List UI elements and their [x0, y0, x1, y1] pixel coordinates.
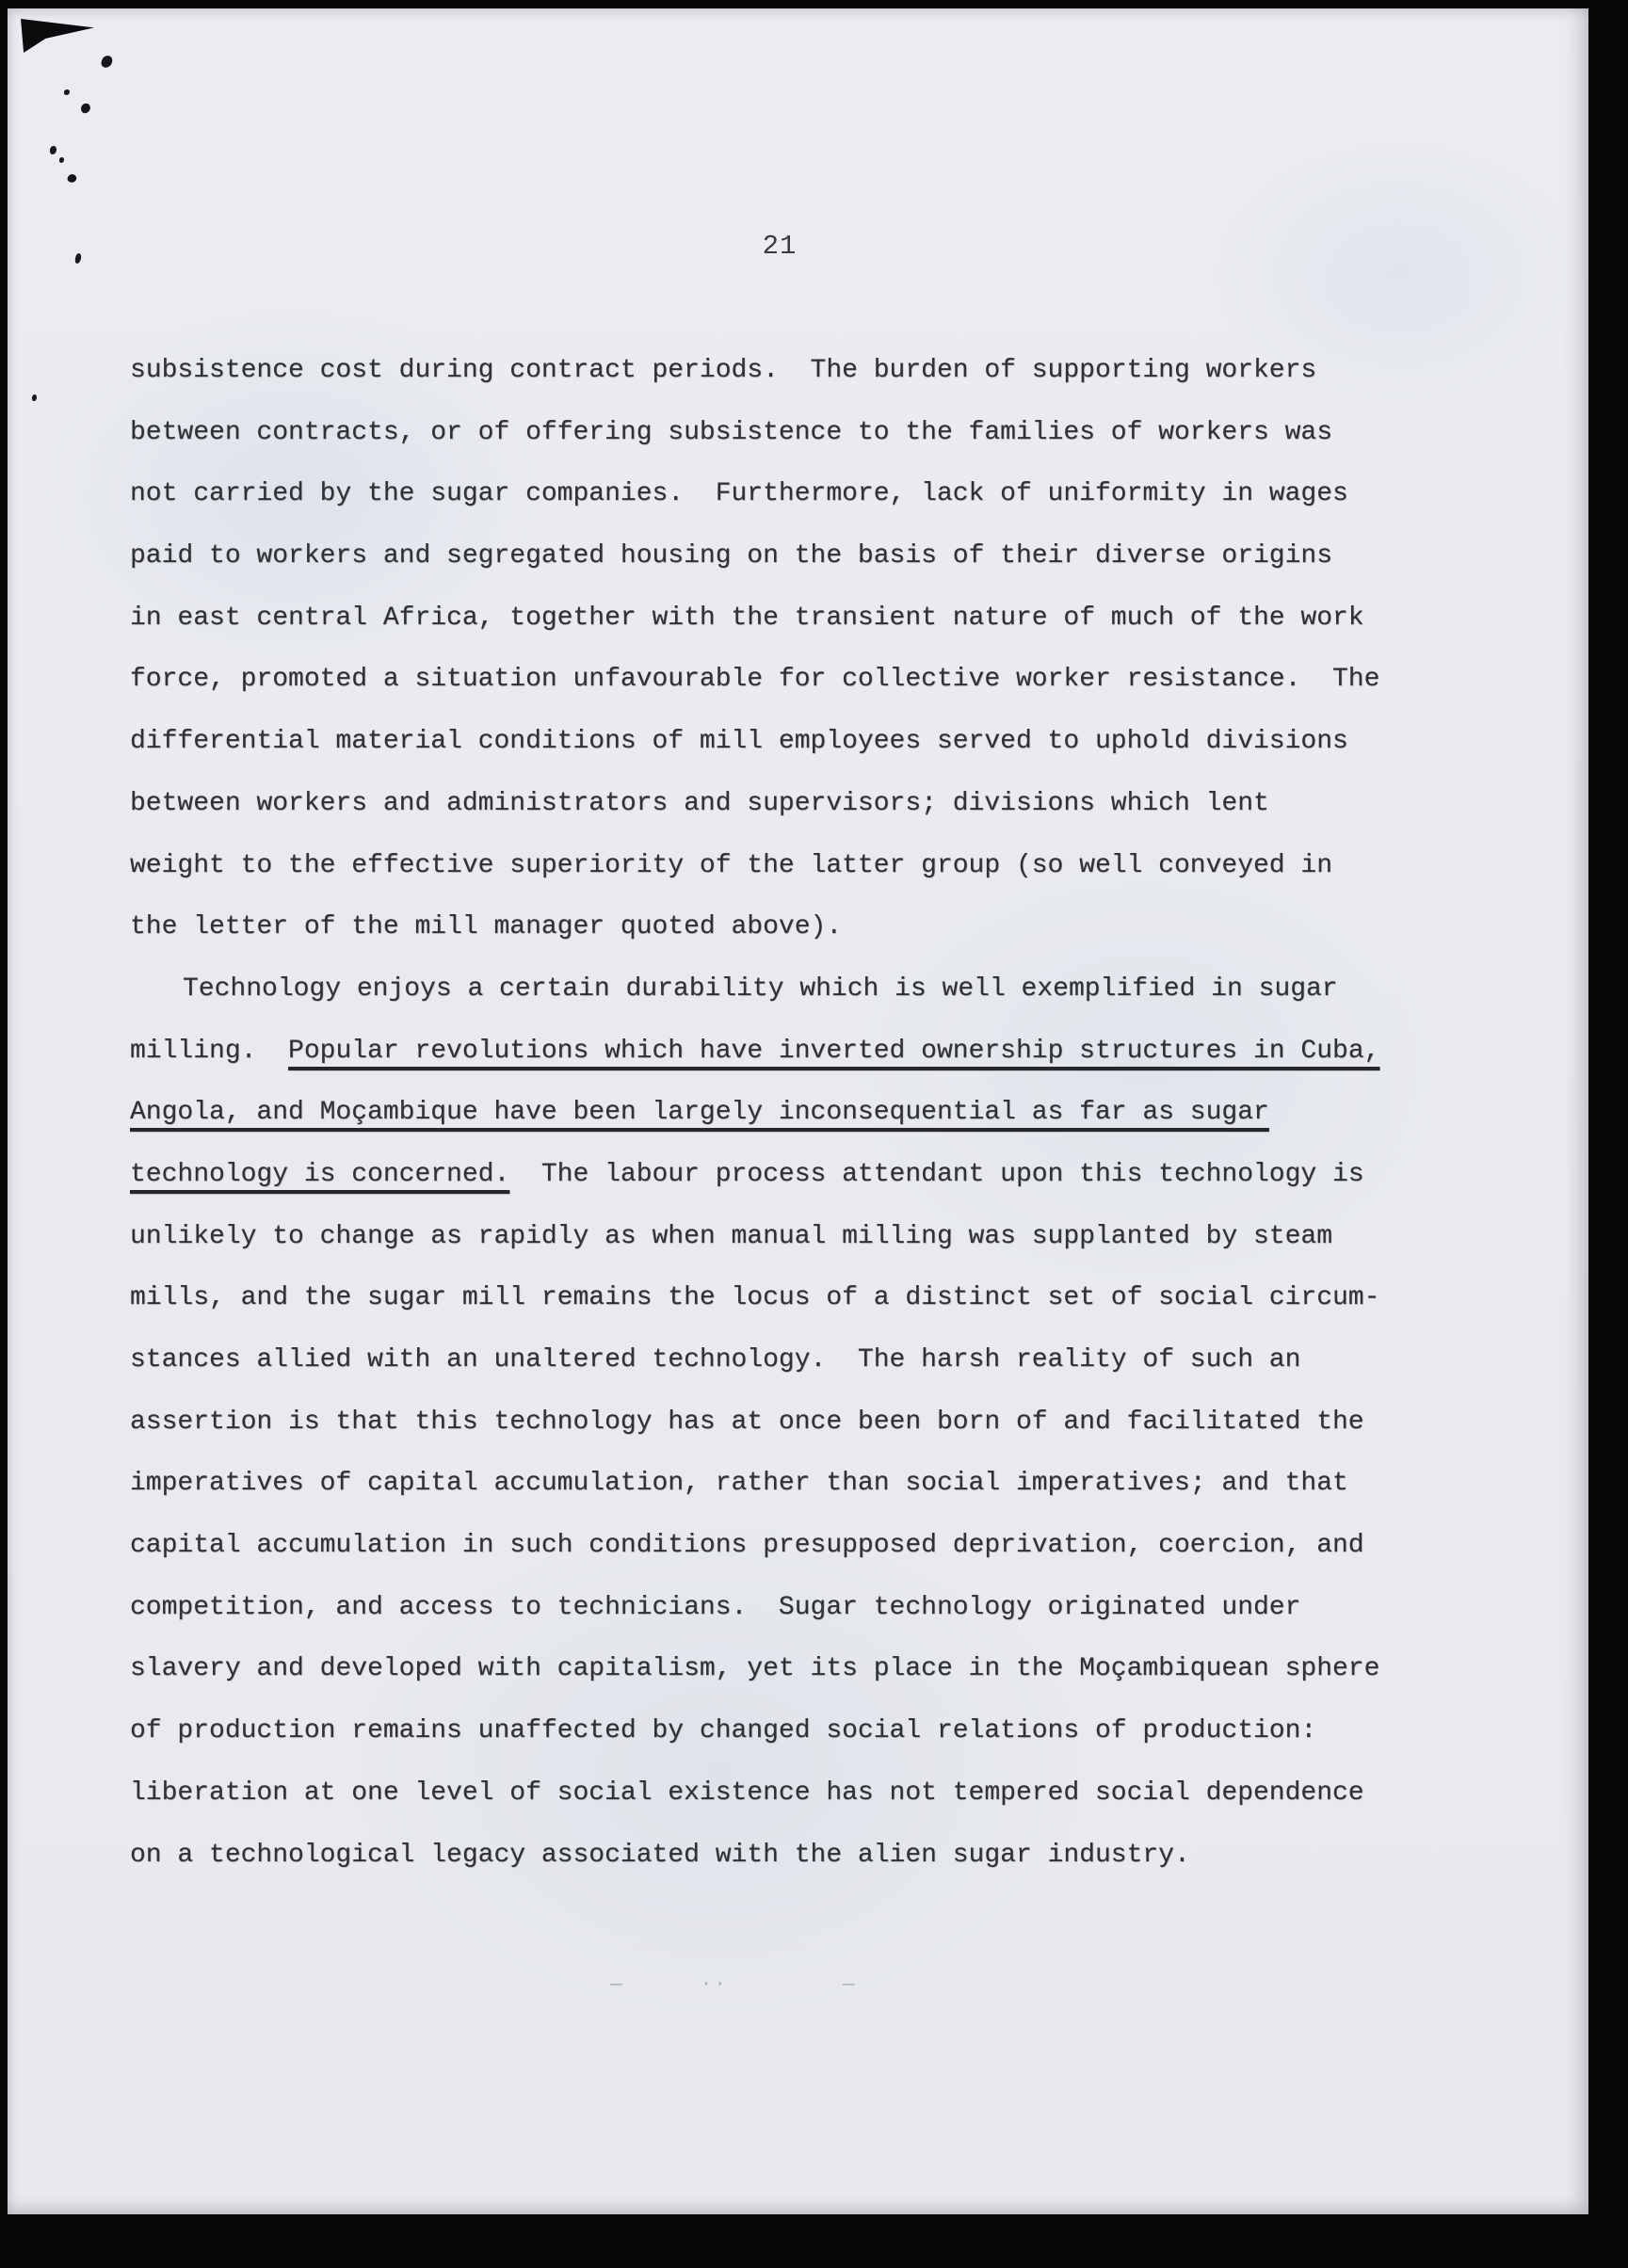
text-segment: paid to workers and segregated housing o… — [130, 541, 1332, 571]
text-line: weight to the effective superiority of t… — [130, 835, 1448, 897]
text-line: subsistence cost during contract periods… — [130, 340, 1448, 402]
pencil-marks: — ·· — — [610, 1974, 827, 1996]
text-line: liberation at one level of social existe… — [130, 1762, 1448, 1825]
text-segment: competition, and access to technicians. … — [130, 1593, 1300, 1622]
text-line: Technology enjoys a certain durability w… — [130, 958, 1448, 1021]
text-segment: imperatives of capital accumulation, rat… — [130, 1469, 1348, 1498]
ink-speck — [64, 89, 70, 95]
underlined-phrase: Angola, and Moçambique have been largely… — [130, 1098, 1269, 1127]
text-line: competition, and access to technicians. … — [130, 1577, 1448, 1639]
text-segment: weight to the effective superiority of t… — [130, 851, 1332, 880]
underlined-phrase: Popular revolutions which have inverted … — [288, 1037, 1379, 1066]
text-segment: assertion is that this technology has at… — [130, 1407, 1364, 1437]
text-line: paid to workers and segregated housing o… — [130, 525, 1448, 587]
ink-speck — [50, 146, 56, 154]
ink-speck — [100, 55, 113, 70]
text-segment: between workers and administrators and s… — [130, 789, 1269, 818]
text-line: force, promoted a situation unfavourable… — [130, 649, 1448, 711]
text-segment: slavery and developed with capitalism, y… — [130, 1654, 1379, 1683]
text-line: milling. Popular revolutions which have … — [130, 1021, 1448, 1083]
text-segment: differential material conditions of mill… — [130, 727, 1348, 756]
text-segment: Technology enjoys a certain durability w… — [183, 974, 1338, 1004]
text-line: slavery and developed with capitalism, y… — [130, 1638, 1448, 1700]
text-segment: force, promoted a situation unfavourable… — [130, 665, 1379, 694]
text-segment: not carried by the sugar companies. Furt… — [130, 479, 1348, 508]
text-line: differential material conditions of mill… — [130, 711, 1448, 773]
text-line: Angola, and Moçambique have been largely… — [130, 1082, 1448, 1144]
text-line: capital accumulation in such conditions … — [130, 1515, 1448, 1577]
text-segment: liberation at one level of social existe… — [130, 1778, 1364, 1808]
text-segment: subsistence cost during contract periods… — [130, 356, 1316, 385]
text-segment: on a technological legacy associated wit… — [130, 1841, 1190, 1870]
text-line: not carried by the sugar companies. Furt… — [130, 463, 1448, 525]
text-segment: mills, and the sugar mill remains the lo… — [130, 1283, 1379, 1312]
ink-speck — [80, 103, 91, 114]
scan-border-top — [0, 0, 1628, 8]
text-line: on a technological legacy associated wit… — [130, 1825, 1448, 1887]
text-line: assertion is that this technology has at… — [130, 1391, 1448, 1454]
text-line: of production remains unaffected by chan… — [130, 1700, 1448, 1762]
text-line: technology is concerned. The labour proc… — [130, 1144, 1448, 1206]
text-segment: milling. — [130, 1037, 288, 1066]
ink-speck — [74, 253, 81, 265]
page-number: 21 — [733, 231, 827, 262]
scan-border-right — [1588, 0, 1628, 2268]
scan-border-left — [0, 0, 8, 2268]
ink-speck — [32, 394, 37, 401]
text-line: unlikely to change as rapidly as when ma… — [130, 1206, 1448, 1268]
ink-speck — [66, 172, 77, 184]
ink-speck — [59, 157, 64, 163]
text-segment: stances allied with an unaltered technol… — [130, 1345, 1300, 1375]
text-segment: the letter of the mill manager quoted ab… — [130, 912, 842, 941]
text-segment: in east central Africa, together with th… — [130, 603, 1364, 633]
scan-border-bottom — [0, 2214, 1628, 2268]
text-line: mills, and the sugar mill remains the lo… — [130, 1267, 1448, 1329]
corner-fold-artifact — [21, 19, 94, 53]
paper: 21 subsistence cost during contract peri… — [8, 8, 1588, 2214]
text-segment: The labour process attendant upon this t… — [509, 1160, 1363, 1189]
underlined-phrase: technology is concerned. — [130, 1160, 509, 1189]
scanned-page: 21 subsistence cost during contract peri… — [0, 0, 1628, 2268]
text-line: stances allied with an unaltered technol… — [130, 1329, 1448, 1391]
text-segment: of production remains unaffected by chan… — [130, 1716, 1316, 1745]
text-line: the letter of the mill manager quoted ab… — [130, 896, 1448, 958]
text-segment: capital accumulation in such conditions … — [130, 1531, 1364, 1560]
document-text: subsistence cost during contract periods… — [130, 340, 1448, 1886]
text-line: between workers and administrators and s… — [130, 773, 1448, 835]
text-segment: unlikely to change as rapidly as when ma… — [130, 1222, 1332, 1251]
text-segment: between contracts, or of offering subsis… — [130, 418, 1332, 447]
text-line: between contracts, or of offering subsis… — [130, 402, 1448, 464]
text-line: in east central Africa, together with th… — [130, 587, 1448, 650]
text-line: imperatives of capital accumulation, rat… — [130, 1453, 1448, 1515]
